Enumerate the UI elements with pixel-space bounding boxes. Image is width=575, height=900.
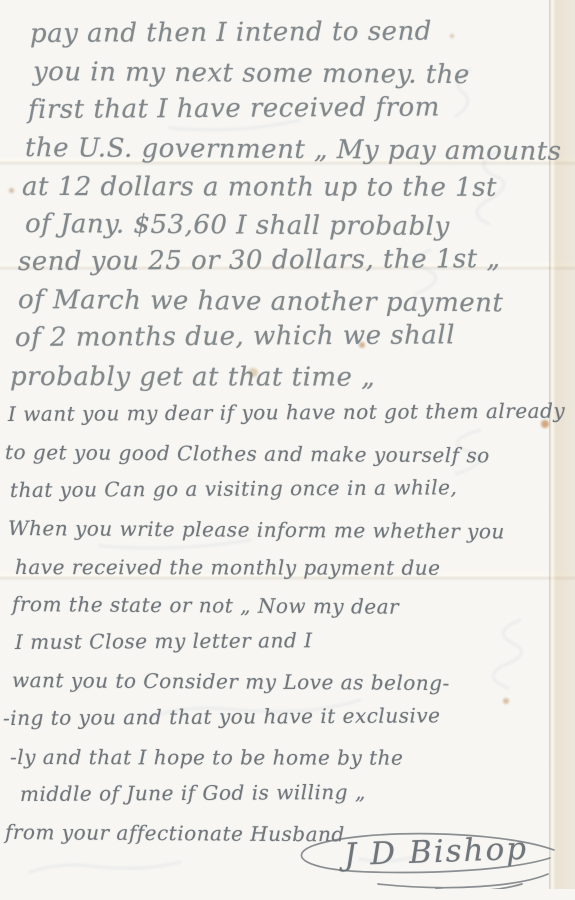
letter-line: have received the monthly payment due — [15, 548, 575, 587]
signature: J D Bishop — [286, 826, 564, 889]
letter-line: When you write please inform me whether … — [8, 509, 575, 551]
letter-line: I must Close my letter and I — [15, 620, 575, 661]
letter-line: the U.S. government „ My pay amounts — [25, 129, 575, 171]
letter-line: pay and then I intend to send — [30, 12, 575, 53]
letter-body: pay and then I intend to send you in my … — [0, 0, 575, 889]
letter-line: send you 25 or 30 dollars, the 1st „ — [18, 240, 575, 281]
letter-paper: pay and then I intend to send you in my … — [0, 0, 575, 889]
letter-photo: pay and then I intend to send you in my … — [0, 0, 575, 900]
letter-line: first that I have received from — [28, 88, 575, 129]
scan-background — [0, 889, 575, 900]
letter-line: of 2 months due, which we shall — [15, 316, 575, 357]
letter-line: -ing to you and that you have it exclusi… — [3, 696, 575, 737]
signature-text: J D Bishop — [343, 831, 528, 873]
letter-line: I want you my dear if you have not got t… — [8, 392, 575, 433]
letter-line: that you Can go a visiting once in a whi… — [10, 468, 575, 509]
letter-line: middle of June if God is willing „ — [20, 772, 575, 813]
letter-line: at 12 dollars a month up to the 1st — [22, 168, 575, 207]
